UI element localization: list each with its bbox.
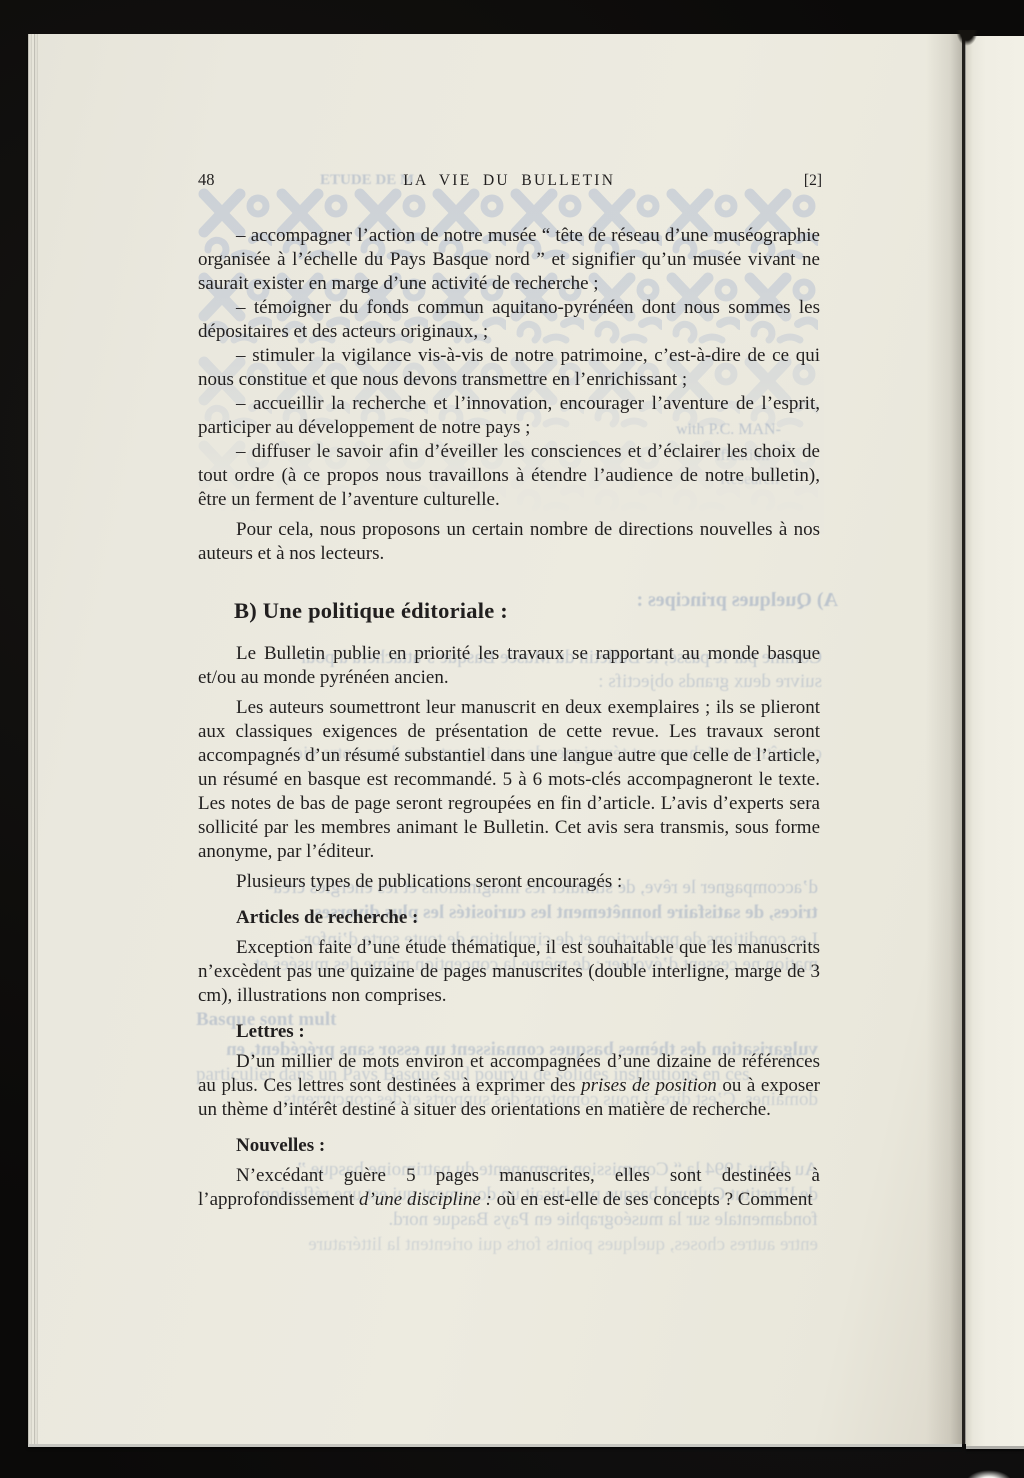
section-heading: B) Une politique éditoriale : (234, 596, 820, 626)
paragraph: D’un millier de mots environ et accompag… (198, 1050, 820, 1122)
text-run: Exception faite d’une étude thématique, … (198, 937, 820, 1006)
facing-page-edge (966, 36, 1024, 1446)
book-gutter (926, 34, 966, 1444)
page-edge-stack (28, 34, 38, 1444)
dash-item: – stimuler la vigilance vis-à-vis de not… (198, 344, 820, 392)
dash-item: – témoigner du fonds commun aquitano-pyr… (198, 296, 820, 344)
text-run: Articles de recherche : (236, 907, 418, 928)
paragraph: Les auteurs soumettront leur manuscrit e… (198, 696, 820, 864)
book-page: ETUDE DE Mwith P.C. MAN-ificationResearc… (28, 34, 962, 1444)
text-run: Plusieurs types de publications seront e… (236, 871, 622, 892)
text-run: – accueillir la recherche et l’innovatio… (198, 393, 820, 438)
running-head: 48 LA VIE DU BULLETIN [2] (198, 170, 822, 190)
text-run: – témoigner du fonds commun aquitano-pyr… (198, 297, 820, 342)
gutter-top-notch (956, 30, 978, 46)
running-title: LA VIE DU BULLETIN (403, 172, 615, 190)
subheading: Nouvelles : (236, 1134, 820, 1158)
text-run: Pour cela, nous proposons un certain nom… (198, 519, 820, 564)
text-run: Nouvelles : (236, 1135, 325, 1156)
text-run: – accompagner l’action de notre musée “ … (198, 225, 820, 294)
text-run: – diffuser le savoir afin d’éveiller les… (198, 441, 820, 510)
paragraph: Plusieurs types de publications seront e… (198, 870, 820, 894)
dash-item: – accueillir la recherche et l’innovatio… (198, 392, 820, 440)
page-number: 48 (198, 170, 215, 190)
text-column: – accompagner l’action de notre musée “ … (198, 224, 820, 1212)
subheading: Lettres : (236, 1020, 820, 1044)
dash-item: – diffuser le savoir afin d’éveiller les… (198, 440, 820, 512)
italic-run: d’une discipline : (359, 1189, 492, 1210)
scanned-book-photo: { "scan": { "background_color": "#0b0a09… (0, 0, 1024, 1478)
text-run: où en est-elle de ses concepts ? Comment (492, 1189, 813, 1210)
paragraph: Exception faite d’une étude thématique, … (198, 936, 820, 1008)
text-run: – stimuler la vigilance vis-à-vis de not… (198, 345, 820, 390)
subheading: Articles de recherche : (236, 906, 820, 930)
ghost-text-line: entre autres choses, quelques points for… (196, 1233, 818, 1257)
issue-reference: [2] (804, 172, 822, 190)
text-run: Lettres : (236, 1021, 305, 1042)
text-run: B) Une politique éditoriale : (234, 598, 508, 623)
italic-run: prises de position (581, 1075, 717, 1096)
paragraph: N’excédant guère 5 pages manuscrites, el… (198, 1164, 820, 1212)
page-curl-highlight (966, 1470, 1012, 1478)
text-run: Les auteurs soumettront leur manuscrit e… (198, 697, 820, 862)
paragraph: Le Bulletin publie en priorité les trava… (198, 642, 820, 690)
text-run: Le Bulletin publie en priorité les trava… (198, 643, 820, 688)
dash-item: – accompagner l’action de notre musée “ … (198, 224, 820, 296)
paragraph: Pour cela, nous proposons un certain nom… (198, 518, 820, 566)
